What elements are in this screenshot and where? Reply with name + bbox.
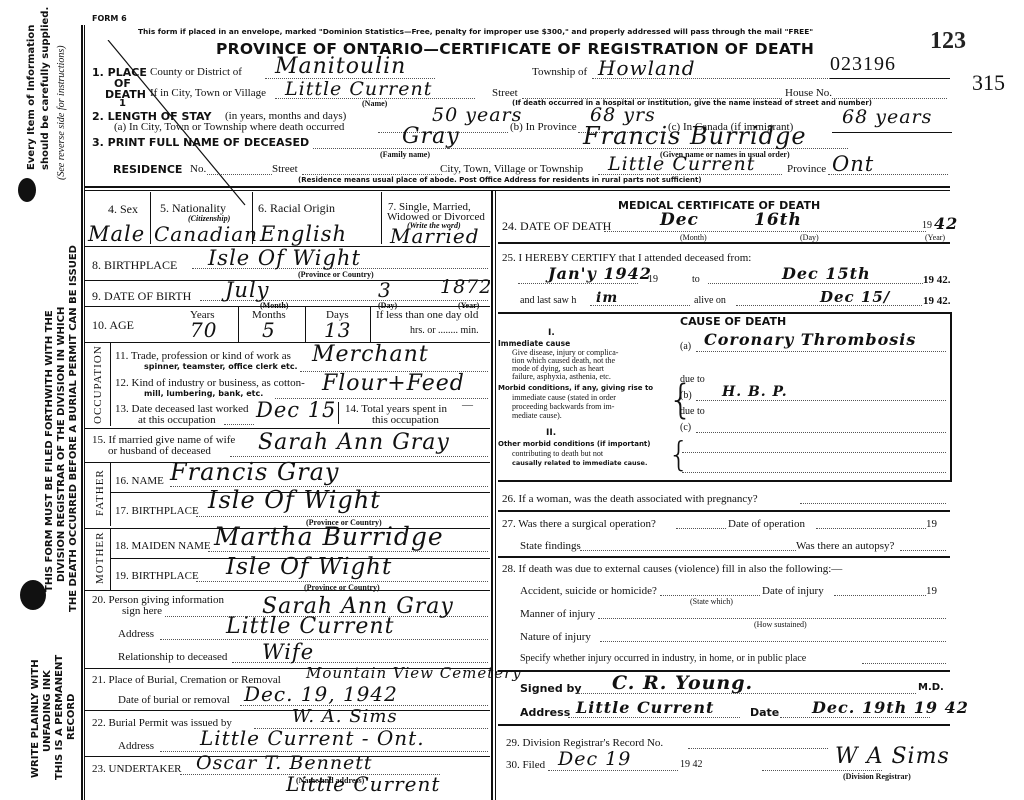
undertaker-address-field[interactable]: Little Current [286, 772, 440, 796]
cause-part-i: I. [548, 328, 555, 338]
residence-note: (Residence means usual place of abode. P… [298, 176, 702, 184]
age-years-field[interactable]: 70 [190, 318, 217, 342]
informant-address-field[interactable]: Little Current [226, 614, 394, 639]
q26-label: 26. If a woman, was the death associated… [502, 493, 758, 505]
last-saw-field[interactable]: im [596, 290, 618, 306]
mother-section-label: MOTHER [94, 532, 106, 584]
death-month-note: (Month) [680, 233, 707, 242]
state-which-note: (State which) [690, 597, 733, 606]
hrs-min-label: hrs. or ........ min. [410, 325, 479, 336]
birthplace-label: 8. BIRTHPLACE [92, 258, 177, 273]
given-names-field[interactable]: Francis Burridge [583, 122, 807, 150]
q27-19: 19 [926, 518, 937, 530]
marital-field[interactable]: Married [390, 224, 480, 248]
instruction-must-file-3: THE DEATH OCCURRED BEFORE A BURIAL PERMI… [68, 245, 79, 612]
punch-hole [20, 580, 46, 610]
street-label: Street [492, 87, 518, 99]
instruction-write-plainly-1: WRITE PLAINLY WITH [30, 659, 41, 778]
cause-a-field[interactable]: Coronary Thrombosis [704, 330, 916, 349]
attended-to-field[interactable]: Dec 15th [782, 264, 871, 283]
residence-city-field[interactable]: Little Current [608, 153, 755, 175]
death-day-note: (Day) [800, 233, 819, 242]
residence-province-field[interactable]: Ont [832, 152, 874, 176]
dob-label: 9. DATE OF BIRTH [92, 289, 191, 304]
trade-field[interactable]: Merchant [312, 342, 429, 367]
signed-by-field[interactable]: C. R. Young. [612, 672, 753, 694]
due-to-label: due to [680, 406, 705, 417]
residence-street-label: Street [272, 163, 298, 175]
mother-maiden-field[interactable]: Martha Burridge [214, 522, 444, 551]
form-number: FORM 6 [92, 14, 127, 23]
less-than-day-label: If less than one day old [376, 309, 478, 321]
registrar-signature-note: (Division Registrar) [843, 772, 911, 781]
registrar-signature-field[interactable]: W A Sims [835, 744, 950, 769]
name-note: (Name) [362, 99, 387, 108]
father-name-field[interactable]: Francis Gray [170, 458, 339, 486]
date-of-death-label: 24. DATE OF DEATH [502, 219, 611, 234]
permit-address-field[interactable]: Little Current - Ont. [200, 726, 425, 750]
dob-year-field[interactable]: 1872 [440, 276, 492, 298]
dob-month-field[interactable]: July [225, 278, 270, 302]
last-saw-label: and last saw h [520, 295, 576, 306]
relationship-field[interactable]: Wife [262, 640, 314, 664]
autopsy-label: Was there an autopsy? [796, 540, 894, 552]
industry-label-2: mill, lumbering, bank, etc. [144, 389, 263, 398]
instruction-write-plainly-2: UNFADING INK [42, 670, 53, 752]
hospital-note: (If death occurred in a hospital or inst… [512, 99, 872, 107]
cause-b-label: (b) [680, 390, 692, 401]
from-19: 19 [648, 274, 658, 285]
q27-label: 27. Was there a surgical operation? [502, 518, 656, 530]
last-worked-field[interactable]: Dec 15 [256, 398, 336, 422]
signed-by-label: Signed by [520, 682, 582, 695]
date-injury-label: Date of injury [762, 585, 824, 597]
sex-field[interactable]: Male [88, 222, 145, 246]
stay-canada-field[interactable]: 68 years [842, 106, 932, 128]
stay-city-field[interactable]: 50 years [432, 104, 522, 126]
morbid-desc: proceeding backwards from im- [512, 402, 614, 411]
father-section-label: FATHER [94, 469, 106, 516]
death-year-note: (Year) [925, 233, 945, 242]
to-year: 19 42. [923, 274, 951, 286]
how-sustained-note: (How sustained) [754, 620, 807, 629]
birthplace-field[interactable]: Isle Of Wight [208, 246, 361, 270]
filed-label: 30. Filed [506, 759, 545, 771]
morbid-desc: mediate cause). [512, 411, 562, 420]
to-label: to [692, 274, 700, 285]
pen-stroke [100, 40, 250, 210]
filed-year: 19 42 [680, 759, 703, 770]
instruction-write-plainly-3: THIS IS A PERMANENT [54, 655, 65, 780]
father-birthplace-label: 17. BIRTHPLACE [115, 505, 199, 517]
county-field[interactable]: Manitoulin [275, 54, 406, 79]
instruction-must-file-1: THIS FORM MUST BE FILED FORTHWITH WITH T… [44, 310, 55, 592]
family-name-field[interactable]: Gray [402, 124, 460, 149]
other-morbid-desc: causally related to immediate cause. [512, 459, 647, 467]
undertaker-field[interactable]: Oscar T. Bennett [196, 752, 373, 774]
registration-number: 023196 [830, 53, 896, 76]
immediate-cause-label: Immediate cause [498, 339, 570, 348]
instruction-every-item: Every Item of Information [26, 25, 37, 170]
industry-field[interactable]: Flour+Feed [322, 371, 465, 396]
other-morbid-label: Other morbid conditions (if important) [498, 440, 650, 448]
age-months-field[interactable]: 5 [262, 318, 276, 342]
center-divider [495, 190, 496, 800]
page-number: 315 [972, 70, 1005, 96]
father-birthplace-field[interactable]: Isle Of Wight [208, 486, 381, 514]
morbid-label: Morbid conditions, if any, giving rise t… [498, 384, 653, 392]
morbid-desc: immediate cause (stated in order [512, 393, 616, 402]
cause-part-ii: II. [546, 428, 556, 438]
instruction-write-plainly-4: RECORD [66, 694, 77, 740]
instruction-must-file-2: DIVISION REGISTRAR OF THE DIVISION IN WH… [56, 307, 67, 582]
alive-on-field[interactable]: Dec 15/ [820, 288, 890, 306]
brace: { [668, 438, 690, 472]
age-days-field[interactable]: 13 [324, 318, 351, 342]
mother-birthplace-field[interactable]: Isle Of Wight [226, 554, 392, 580]
attended-from-field[interactable]: Jan'y 1942 [548, 264, 652, 283]
q28-label: 28. If death was due to external causes … [502, 563, 842, 575]
cause-title: CAUSE OF DEATH [680, 315, 786, 328]
alive-on-label: alive on [694, 295, 726, 306]
age-label: 10. AGE [92, 318, 134, 333]
informant-label-2: sign here [122, 605, 162, 617]
instruction-carefully: should be carefully supplied. [40, 7, 51, 170]
spouse-field[interactable]: Sarah Ann Gray [258, 430, 450, 455]
accident-label: Accident, suicide or homicide? [520, 585, 657, 597]
mother-maiden-label: 18. MAIDEN NAME [115, 540, 211, 552]
burial-place-field[interactable]: Mountain View Cemetery [306, 664, 522, 682]
racial-origin-field[interactable]: English [260, 222, 347, 246]
certify-label: 25. I HEREBY CERTIFY that I attended dec… [502, 252, 751, 264]
burial-date-field[interactable]: Dec. 19, 1942 [244, 682, 398, 706]
stamp-number: 123 [930, 28, 966, 55]
residence-province-label: Province [787, 163, 826, 175]
death-month-field[interactable]: Dec [660, 210, 699, 230]
cause-a-label: (a) [680, 341, 691, 352]
mother-birthplace-label: 19. BIRTHPLACE [115, 570, 199, 582]
township-label: Township of [532, 66, 587, 78]
relationship-label: Relationship to deceased [118, 651, 227, 663]
trade-label: 11. Trade, profession or kind of work as [115, 350, 291, 362]
stay-province-label: (b) In Province [510, 121, 577, 133]
nationality-field[interactable]: Canadian [154, 222, 258, 246]
death-year-prefix: 19 [922, 220, 932, 231]
form-border-left [81, 25, 83, 800]
q27-date-label: Date of operation [728, 518, 805, 530]
total-years-label-2: this occupation [372, 414, 439, 426]
trade-label-2: spinner, teamster, office clerk etc. [144, 362, 298, 371]
nature-label: Nature of injury [520, 631, 591, 643]
city-field[interactable]: Little Current [285, 78, 432, 100]
spouse-label-2: or husband of deceased [108, 445, 211, 457]
house-label: House No. [785, 87, 832, 99]
sig-address-field[interactable]: Little Current [576, 698, 714, 717]
immediate-desc: failure, asphyxia, asthenia, etc. [512, 372, 611, 381]
death-year-field[interactable]: 42 [934, 214, 958, 233]
industry-label: 12. Kind of industry or business, as cot… [115, 377, 305, 389]
specify-label: Specify whether injury occurred in indus… [520, 653, 806, 664]
manner-label: Manner of injury [520, 608, 595, 620]
form-border-left-inner [84, 25, 85, 800]
cause-b-field[interactable]: H. B. P. [722, 384, 788, 400]
postal-notice: This form if placed in an envelope, mark… [138, 27, 813, 36]
dob-day-field[interactable]: 3 [378, 278, 392, 302]
sig-date-field[interactable]: Dec. 19th 19 42 [812, 698, 969, 717]
findings-label: State findings [520, 540, 581, 552]
burial-date-label: Date of burial or removal [118, 694, 230, 706]
md-label: M.D. [918, 682, 944, 693]
death-day-field[interactable]: 16th [754, 210, 802, 230]
instruction-see-reverse: (See reverse side for instructions) [56, 45, 67, 180]
injury-19: 19 [926, 585, 937, 597]
sig-date-label: Date [750, 706, 779, 719]
father-name-label: 16. NAME [115, 475, 164, 487]
sig-address-label: Address [520, 706, 570, 719]
last-worked-label-2: at this occupation [138, 414, 216, 426]
birthplace-note: (Province or Country) [298, 270, 374, 279]
racial-origin-label: 6. Racial Origin [258, 201, 335, 216]
permit-address-label: Address [118, 740, 154, 752]
alive-year: 19 42. [923, 295, 951, 307]
occupation-section-label: OCCUPATION [92, 345, 104, 424]
informant-address-label: Address [118, 628, 154, 640]
undertaker-label: 23. UNDERTAKER [92, 763, 182, 775]
filed-field[interactable]: Dec 19 [558, 748, 631, 770]
total-years-field[interactable]: — [462, 399, 473, 411]
township-field[interactable]: Howland [598, 56, 696, 80]
punch-hole [18, 178, 36, 202]
residence-city-label: City, Town, Village or Township [440, 163, 583, 175]
cause-c-label: (c) [680, 422, 691, 433]
other-morbid-desc: contributing to death but not [512, 449, 603, 458]
burial-permit-field[interactable]: W. A. Sims [292, 706, 398, 727]
family-name-note: (Family name) [380, 150, 430, 159]
